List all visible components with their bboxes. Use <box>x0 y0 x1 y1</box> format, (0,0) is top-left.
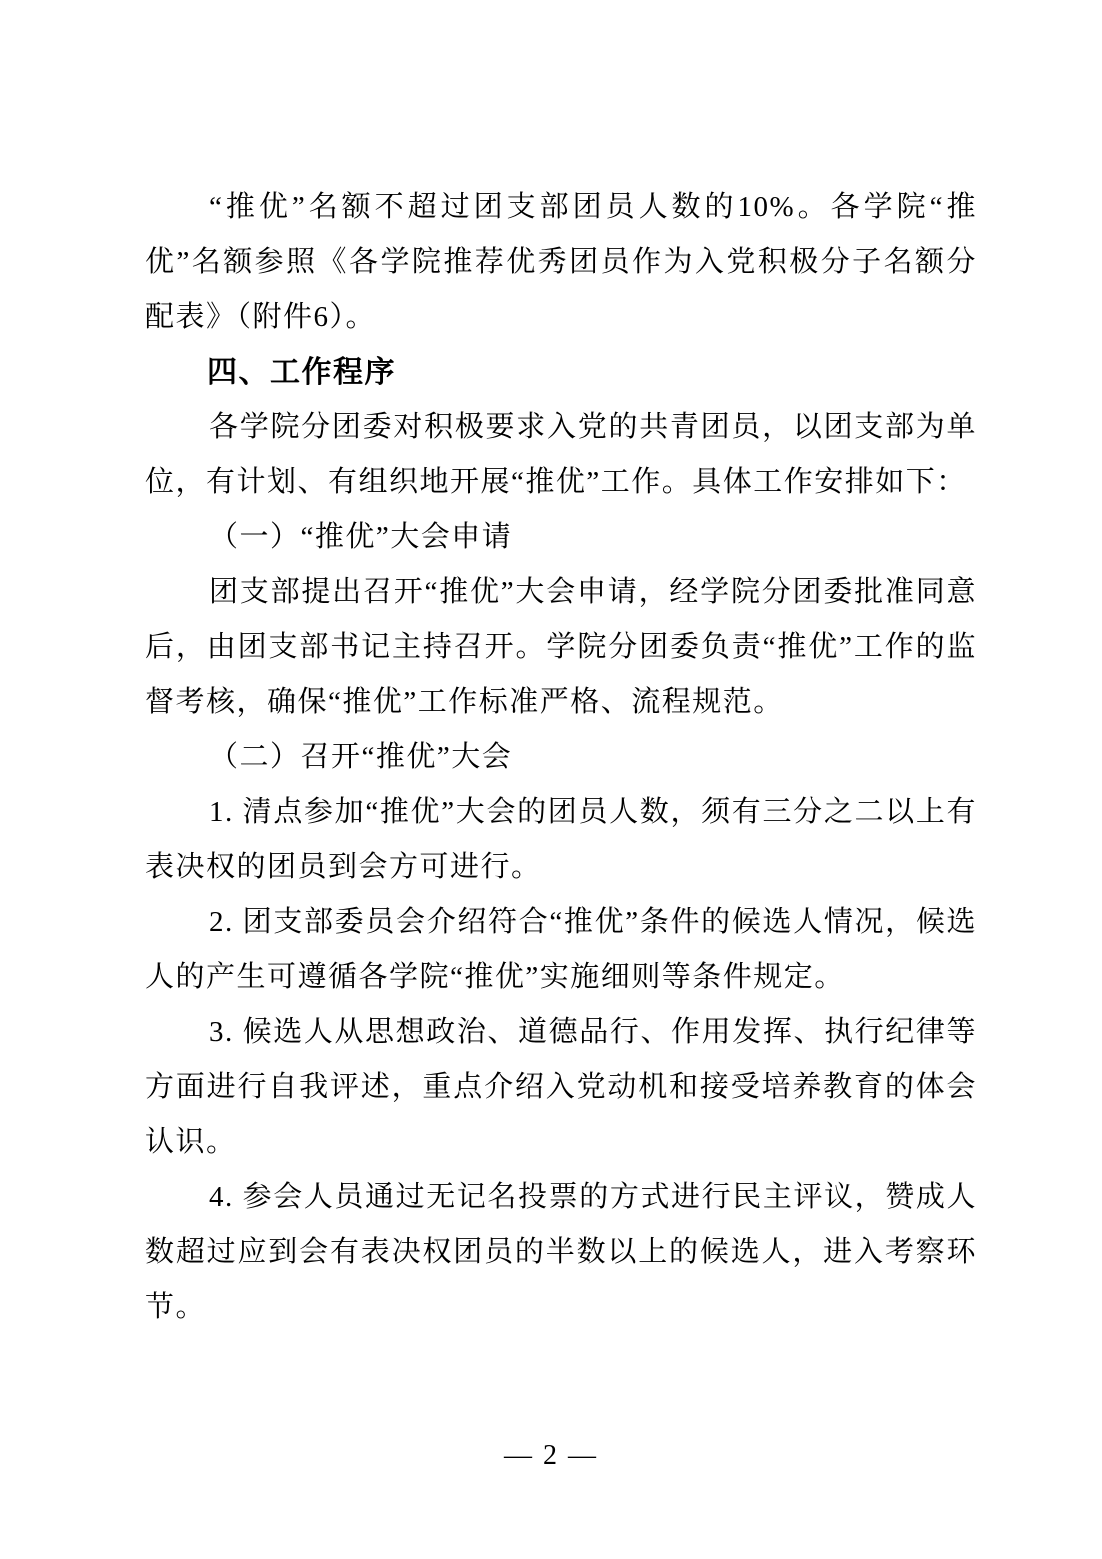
subsection-heading-meeting-application: （一）“推优”大会申请 <box>145 510 977 565</box>
paragraph-step-2: 2. 团支部委员会介绍符合“推优”条件的候选人情况，候选人的产生可遵循各学院“推… <box>145 895 977 1005</box>
paragraph-step-1: 1. 清点参加“推优”大会的团员人数，须有三分之二以上有表决权的团员到会方可进行… <box>145 785 977 895</box>
document-page: “推优”名额不超过团支部团员人数的10%。各学院“推优”名额参照《各学院推荐优秀… <box>0 0 1102 1559</box>
paragraph-quota: “推优”名额不超过团支部团员人数的10%。各学院“推优”名额参照《各学院推荐优秀… <box>145 180 977 345</box>
paragraph-step-3: 3. 候选人从思想政治、道德品行、作用发挥、执行纪律等方面进行自我评述，重点介绍… <box>145 1005 977 1170</box>
subsection-heading-hold-meeting: （二）召开“推优”大会 <box>145 730 977 785</box>
paragraph-intro: 各学院分团委对积极要求入党的共青团员，以团支部为单位，有计划、有组织地开展“推优… <box>145 400 977 510</box>
section-heading-work-procedure: 四、工作程序 <box>145 345 977 400</box>
paragraph-meeting-application: 团支部提出召开“推优”大会申请，经学院分团委批准同意后，由团支部书记主持召开。学… <box>145 565 977 730</box>
document-body: “推优”名额不超过团支部团员人数的10%。各学院“推优”名额参照《各学院推荐优秀… <box>145 180 977 1335</box>
paragraph-step-4: 4. 参会人员通过无记名投票的方式进行民主评议，赞成人数超过应到会有表决权团员的… <box>145 1170 977 1335</box>
page-number: — 2 — <box>0 1440 1102 1472</box>
